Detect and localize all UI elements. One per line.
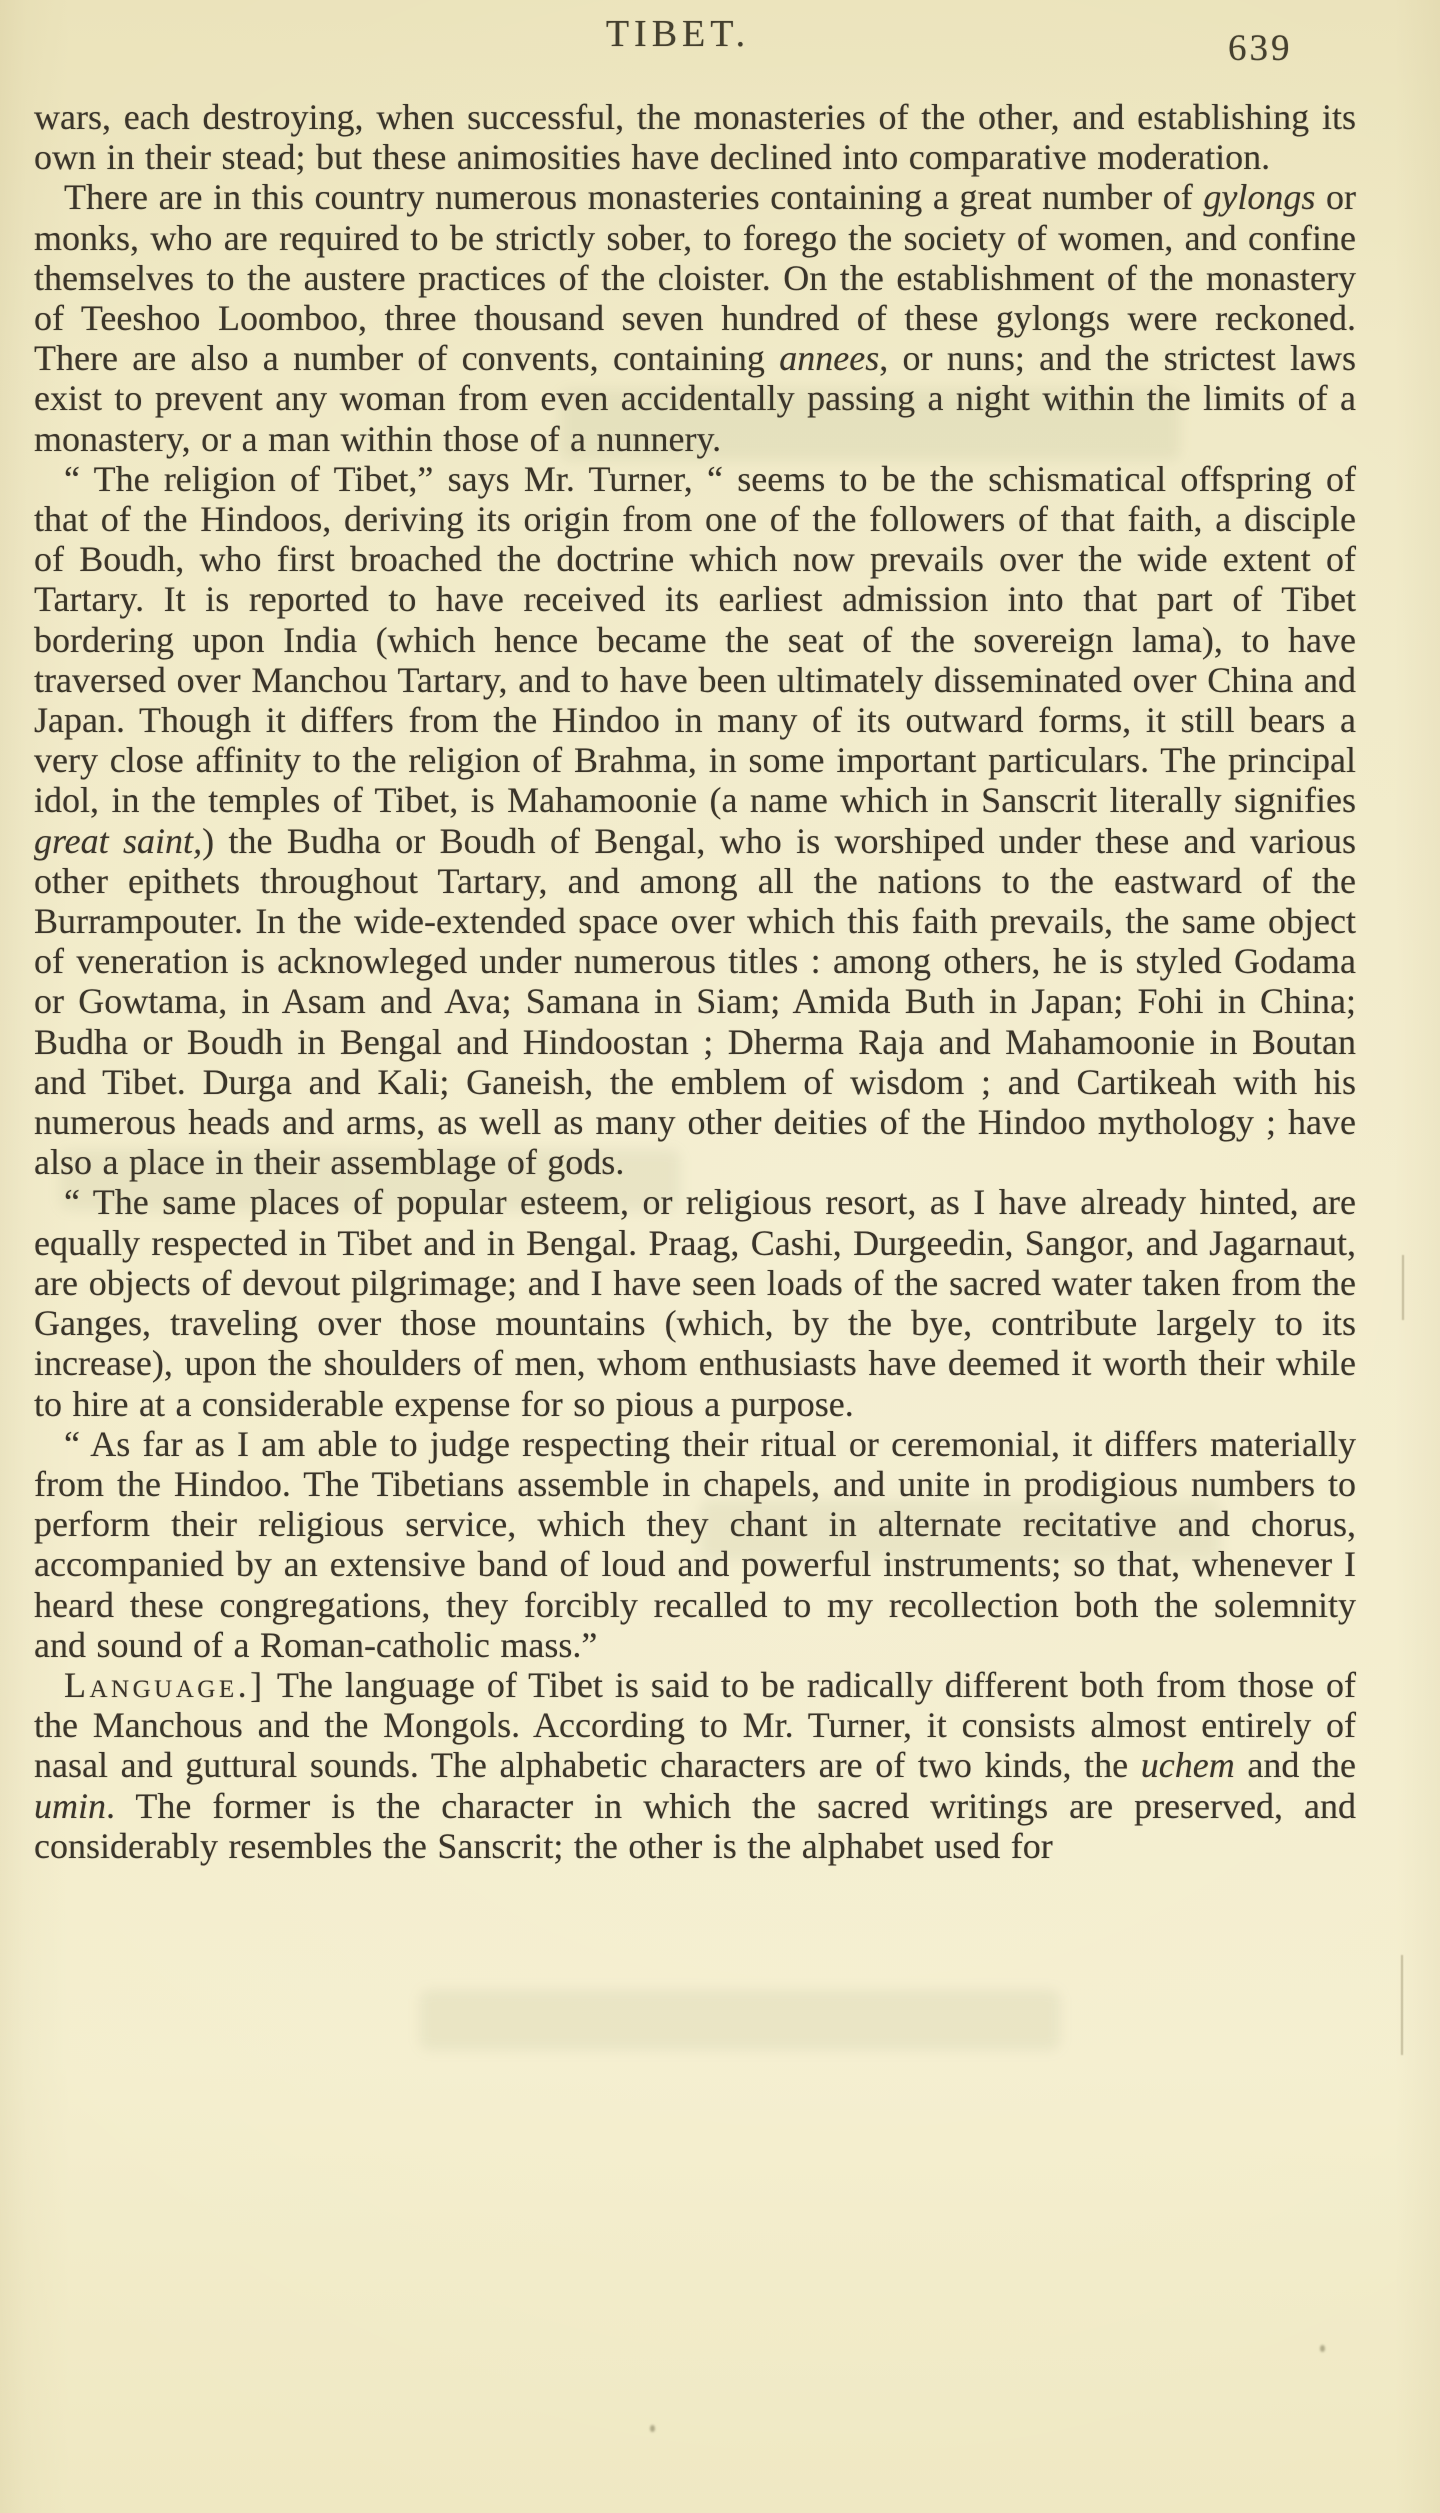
sidehead-small-caps: Language.] [64, 1665, 266, 1705]
paper-speck [1320, 2345, 1325, 2352]
scanned-page-background: TIBET. 639 wars, each destroying, when s… [0, 0, 1440, 2513]
paragraph: “ As far as I am able to judge respectin… [34, 1424, 1356, 1665]
page-number: 639 [1228, 27, 1293, 70]
paragraph: There are in this country numerous monas… [34, 177, 1356, 458]
italic-term: umin [34, 1786, 106, 1826]
text-run: There are in this country numerous monas… [64, 177, 1203, 217]
body-text-block: wars, each destroying, when successful, … [34, 97, 1356, 1866]
paragraph: “ The religion of Tibet,” says Mr. Turne… [34, 459, 1356, 1183]
running-head-title: TIBET. [0, 12, 1356, 56]
text-run: and the [1235, 1745, 1356, 1785]
italic-term: great saint, [34, 821, 202, 861]
show-through-stain [420, 1990, 1060, 2050]
crease-mark [1402, 1255, 1404, 1320]
text-run: wars, each destroying, when successful, … [34, 97, 1356, 177]
text-run: “ The same places of popular esteem, or … [34, 1182, 1356, 1423]
text-run: ) the Budha or Boudh of Bengal, who is w… [34, 821, 1356, 1183]
italic-term: annees [779, 338, 879, 378]
text-run: . The former is the character in which t… [34, 1786, 1356, 1866]
text-run: “ The religion of Tibet,” says Mr. Turne… [34, 459, 1356, 821]
paragraph: wars, each destroying, when successful, … [34, 97, 1356, 177]
paper-speck [650, 2425, 655, 2432]
italic-term: gylongs [1203, 177, 1315, 217]
paragraph: “ The same places of popular esteem, or … [34, 1182, 1356, 1423]
crease-mark [1401, 1955, 1403, 2055]
text-run: “ As far as I am able to judge respectin… [34, 1424, 1356, 1665]
paragraph: Language.] The language of Tibet is said… [34, 1665, 1356, 1866]
italic-term: uchem [1141, 1745, 1235, 1785]
